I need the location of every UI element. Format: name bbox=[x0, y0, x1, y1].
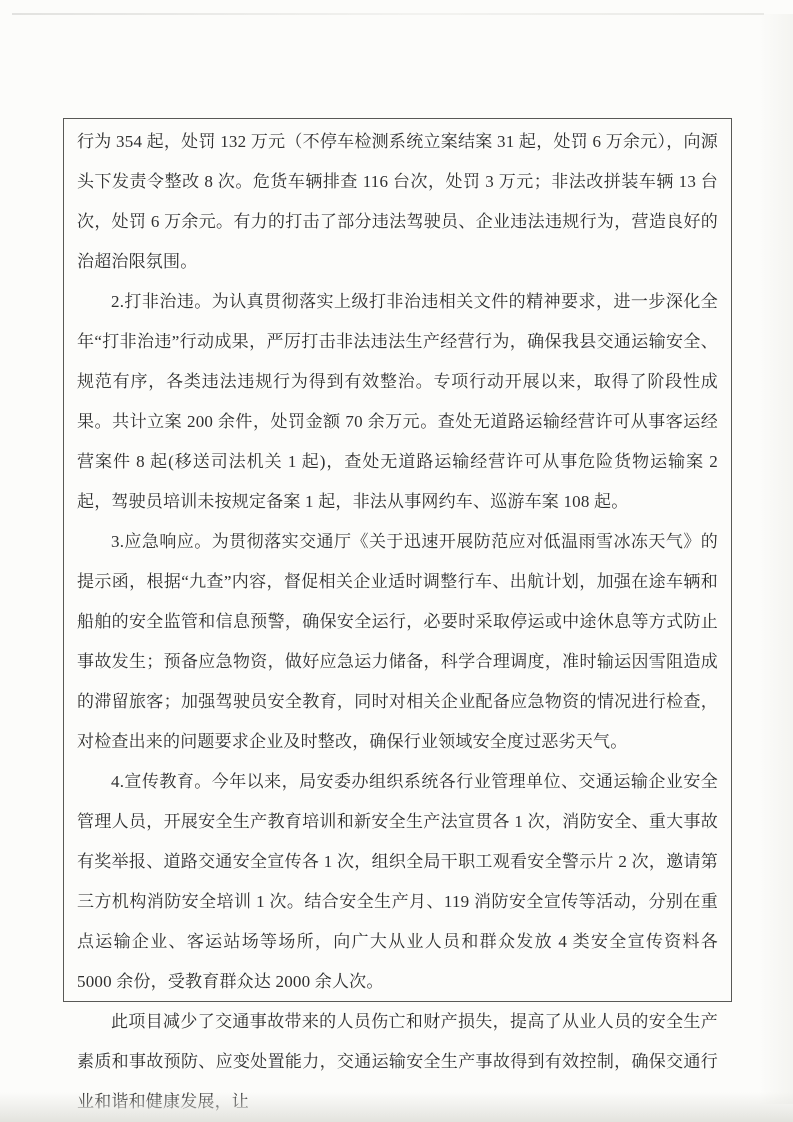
paragraph-dafei-zhiwei: 2.打非治违。为认真贯彻落实上级打非治违相关文件的精神要求，进一步深化全年“打非… bbox=[77, 282, 718, 522]
scan-bottom-smudge-artifact bbox=[0, 1092, 793, 1122]
scan-right-shade-artifact bbox=[759, 14, 793, 1104]
scan-top-edge-artifact bbox=[12, 13, 764, 15]
paragraph-continuation: 行为 354 起，处罚 132 万元（不停车检测系统立案结案 31 起，处罚 6… bbox=[77, 122, 718, 282]
paragraph-yingji-xiangying: 3.应急响应。为贯彻落实交通厅《关于迅速开展防范应对低温雨雪冰冻天气》的提示函，… bbox=[77, 522, 718, 762]
paragraph-xuanchuan-jiaoyu: 4.宣传教育。今年以来，局安委办组织系统各行业管理单位、交通运输企业安全管理人员… bbox=[77, 762, 718, 1002]
scanned-document-page: 行为 354 起，处罚 132 万元（不停车检测系统立案结案 31 起，处罚 6… bbox=[0, 0, 793, 1122]
document-table-cell: 行为 354 起，处罚 132 万元（不停车检测系统立案结案 31 起，处罚 6… bbox=[63, 118, 732, 1002]
